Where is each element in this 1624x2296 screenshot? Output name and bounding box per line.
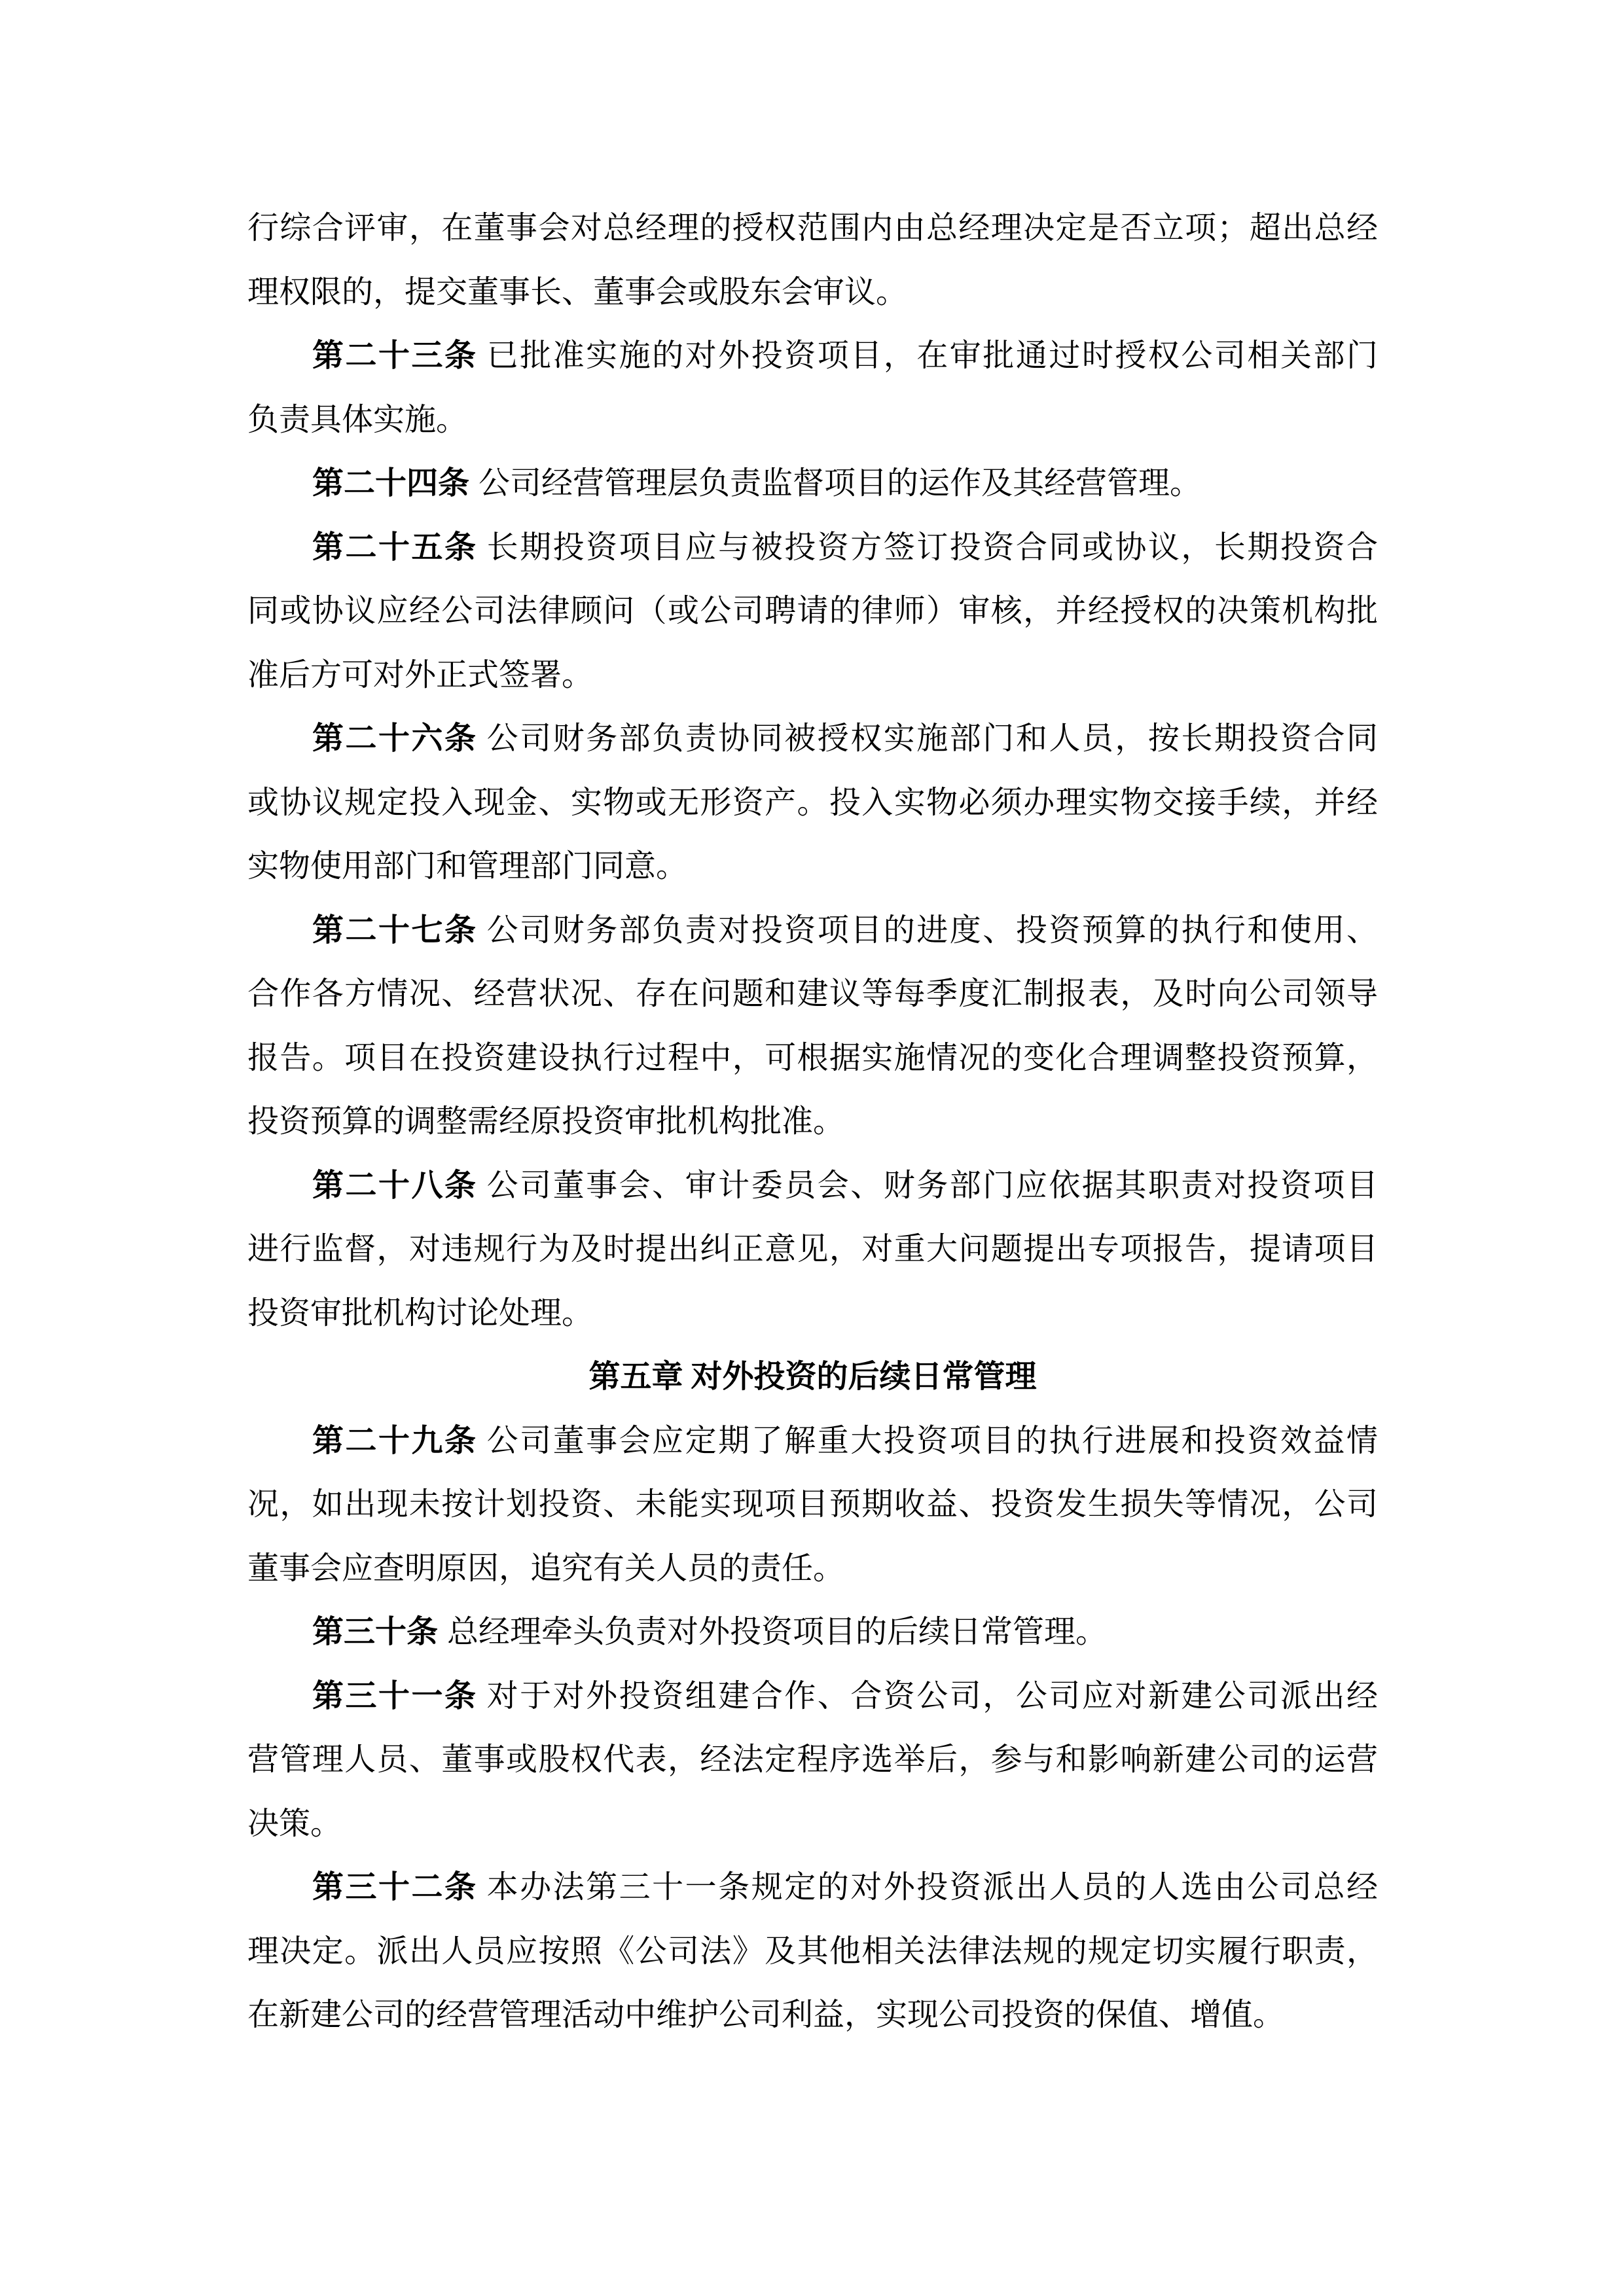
article-24: 第二十四条公司经营管理层负责监督项目的运作及其经营管理。 [247,452,1378,516]
text-line: 同或协议应经公司法律顾问（或公司聘请的律师）审核，并经授权的决策机构批 [247,579,1378,643]
article-number: 第二十三条 [312,338,478,373]
article-31: 第三十一条对于对外投资组建合作、合资公司，公司应对新建公司派出经 营管理人员、董… [247,1664,1378,1856]
article-text: 对于对外投资组建合作、合资公司，公司应对新建公司派出经 [487,1679,1378,1713]
paragraph-continuation: 行综合评审，在董事会对总经理的授权范围内由总经理决定是否立项；超出总经 理权限的… [247,196,1378,324]
article-27: 第二十七条公司财务部负责对投资项目的进度、投资预算的执行和使用、 合作各方情况、… [247,899,1378,1154]
article-number: 第二十八条 [312,1168,478,1203]
text-line: 理权限的，提交董事长、董事会或股东会审议。 [247,260,1378,325]
article-26: 第二十六条公司财务部负责协同被授权实施部门和人员，按长期投资合同 或协议规定投入… [247,707,1378,899]
article-23: 第二十三条已批准实施的对外投资项目，在审批通过时授权公司相关部门 负责具体实施。 [247,324,1378,452]
text-line: 进行监督，对违规行为及时提出纠正意见，对重大问题提出专项报告，提请项目 [247,1217,1378,1282]
text-line: 第二十六条公司财务部负责协同被授权实施部门和人员，按长期投资合同 [247,707,1378,771]
article-text: 公司财务部负责对投资项目的进度、投资预算的执行和使用、 [487,913,1378,948]
article-text: 公司经营管理层负责监督项目的运作及其经营管理。 [478,466,1201,501]
text-line: 第二十八条公司董事会、审计委员会、财务部门应依据其职责对投资项目 [247,1154,1378,1218]
article-text: 总经理牵头负责对外投资项目的后续日常管理。 [447,1615,1107,1649]
text-line: 报告。项目在投资建设执行过程中，可根据实施情况的变化合理调整投资预算， [247,1026,1378,1090]
text-line: 合作各方情况、经营状况、存在问题和建议等每季度汇制报表，及时向公司领导 [247,962,1378,1026]
text-line: 理决定。派出人员应按照《公司法》及其他相关法律法规的规定切实履行职责， [247,1920,1378,1984]
article-number: 第二十七条 [312,913,478,948]
text-line: 负责具体实施。 [247,388,1378,452]
text-line: 第三十二条本办法第三十一条规定的对外投资派出人员的人选由公司总经 [247,1856,1378,1920]
article-text: 长期投资项目应与被投资方签订投资合同或协议，长期投资合 [487,530,1378,565]
text-line: 第二十五条长期投资项目应与被投资方签订投资合同或协议，长期投资合 [247,516,1378,580]
text-line: 在新建公司的经营管理活动中维护公司利益，实现公司投资的保值、增值。 [247,1983,1378,2047]
article-text: 本办法第三十一条规定的对外投资派出人员的人选由公司总经 [487,1870,1378,1905]
text-line: 第三十一条对于对外投资组建合作、合资公司，公司应对新建公司派出经 [247,1664,1378,1729]
article-29: 第二十九条公司董事会应定期了解重大投资项目的执行进展和投资效益情 况，如出现未按… [247,1409,1378,1601]
text-line: 投资审批机构讨论处理。 [247,1282,1378,1346]
article-text: 已批准实施的对外投资项目，在审批通过时授权公司相关部门 [487,338,1378,373]
text-line: 或协议规定投入现金、实物或无形资产。投入实物必须办理实物交接手续，并经 [247,771,1378,835]
article-number: 第二十四条 [312,466,469,501]
article-28: 第二十八条公司董事会、审计委员会、财务部门应依据其职责对投资项目 进行监督，对违… [247,1154,1378,1346]
text-line: 董事会应查明原因，追究有关人员的责任。 [247,1537,1378,1601]
text-line: 实物使用部门和管理部门同意。 [247,834,1378,899]
text-line: 第二十七条公司财务部负责对投资项目的进度、投资预算的执行和使用、 [247,899,1378,963]
article-text: 公司董事会应定期了解重大投资项目的执行进展和投资效益情 [487,1424,1378,1458]
article-number: 第三十一条 [312,1679,478,1713]
text-line: 行综合评审，在董事会对总经理的授权范围内由总经理决定是否立项；超出总经 [247,196,1378,260]
text-line: 况，如出现未按计划投资、未能实现项目预期收益、投资发生损失等情况，公司 [247,1473,1378,1537]
text-line: 第二十三条已批准实施的对外投资项目，在审批通过时授权公司相关部门 [247,324,1378,388]
text-line: 第二十四条公司经营管理层负责监督项目的运作及其经营管理。 [247,452,1378,516]
article-32: 第三十二条本办法第三十一条规定的对外投资派出人员的人选由公司总经 理决定。派出人… [247,1856,1378,2047]
text-line: 营管理人员、董事或股权代表，经法定程序选举后，参与和影响新建公司的运营 [247,1728,1378,1792]
chapter-heading: 第五章 对外投资的后续日常管理 [247,1345,1378,1409]
article-text: 公司董事会、审计委员会、财务部门应依据其职责对投资项目 [487,1168,1378,1203]
article-number: 第二十六条 [312,721,478,756]
article-number: 第二十五条 [312,530,478,565]
document-body: 行综合评审，在董事会对总经理的授权范围内由总经理决定是否立项；超出总经 理权限的… [247,196,1378,2047]
text-line: 决策。 [247,1792,1378,1856]
document-page: 行综合评审，在董事会对总经理的授权范围内由总经理决定是否立项；超出总经 理权限的… [0,0,1624,2296]
text-line: 投资预算的调整需经原投资审批机构批准。 [247,1090,1378,1154]
article-25: 第二十五条长期投资项目应与被投资方签订投资合同或协议，长期投资合 同或协议应经公… [247,516,1378,708]
article-30: 第三十条总经理牵头负责对外投资项目的后续日常管理。 [247,1600,1378,1664]
article-text: 公司财务部负责协同被授权实施部门和人员，按长期投资合同 [487,721,1378,756]
article-number: 第二十九条 [312,1424,478,1458]
article-number: 第三十条 [312,1615,438,1649]
article-number: 第三十二条 [312,1870,478,1905]
text-line: 准后方可对外正式签署。 [247,643,1378,708]
text-line: 第三十条总经理牵头负责对外投资项目的后续日常管理。 [247,1600,1378,1664]
text-line: 第二十九条公司董事会应定期了解重大投资项目的执行进展和投资效益情 [247,1409,1378,1473]
